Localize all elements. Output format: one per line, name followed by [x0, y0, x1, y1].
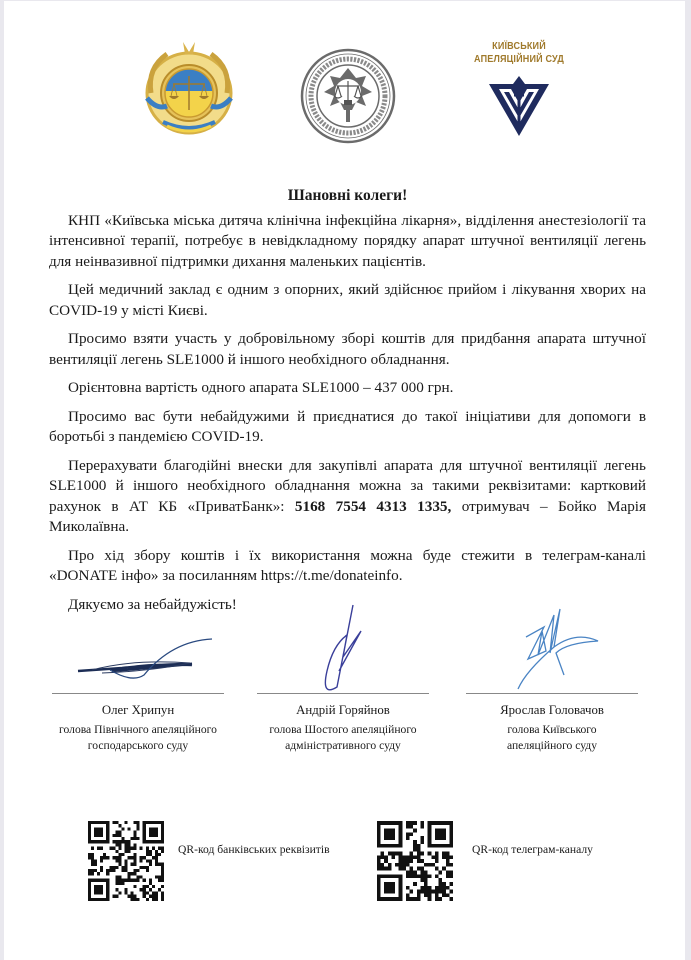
signature-2-icon [257, 601, 429, 693]
telegram-channel-qr-code[interactable] [377, 821, 453, 901]
signature-3-icon [466, 601, 638, 693]
triangle-sword-icon [487, 74, 551, 138]
letter-page: КИЇВСЬКИЙ АПЕЛЯЦІЙНИЙ СУД Шановні колеги… [4, 1, 685, 960]
paragraph-telegram: Про хід збору коштів і їх використання м… [49, 546, 646, 587]
signatory-role: голова Шостого апеляційного адміністрати… [257, 722, 429, 754]
sixth-administrative-court-seal-icon [300, 48, 396, 144]
northern-commercial-court-emblem-icon [137, 38, 241, 138]
header-logos: КИЇВСЬКИЙ АПЕЛЯЦІЙНИЙ СУД [4, 1, 685, 151]
paragraph-payment-details: Перерахувати благодійні внески для закуп… [49, 456, 646, 538]
signatory-name: Олег Хрипун [52, 702, 224, 718]
paragraph-request: Просимо взяти участь у добровільному збо… [49, 329, 646, 370]
paragraph-appeal: Просимо вас бути небайдужими й приєднати… [49, 407, 646, 448]
paragraph-cost: Орієнтовна вартість одного апарата SLE10… [49, 378, 646, 399]
letter-body: Шановні колеги! КНП «Київська міська дит… [49, 186, 646, 623]
kyiv-court-of-appeal-logo: КИЇВСЬКИЙ АПЕЛЯЦІЙНИЙ СУД [474, 40, 564, 140]
signatory-name: Ярослав Головачов [466, 702, 638, 718]
role-line-1: голова Київського [466, 722, 638, 738]
signatory-3: Ярослав Головачов голова Київського апел… [466, 601, 638, 754]
card-number: 5168 7554 4313 1335, [295, 498, 451, 515]
court-name-line1: КИЇВСЬКИЙ [472, 40, 567, 53]
signatory-2: Андрій Горяйнов голова Шостого апеляційн… [257, 601, 429, 754]
signatory-role: голова Північного апеляційного господарс… [52, 722, 224, 754]
greeting: Шановні колеги! [49, 186, 646, 207]
signature-line [257, 693, 429, 694]
bank-qr-label: QR-код банківських реквізитів [178, 843, 330, 856]
telegram-qr-label: QR-код телеграм-каналу [472, 843, 593, 856]
paragraph-hospital-role: Цей медичний заклад є одним з опорних, я… [49, 280, 646, 321]
court-name-line2: АПЕЛЯЦІЙНИЙ СУД [472, 53, 567, 66]
signatory-1: Олег Хрипун голова Північного апеляційно… [52, 601, 224, 754]
role-line-2: господарського суду [52, 738, 224, 754]
signature-line [466, 693, 638, 694]
signature-1-icon [52, 601, 224, 693]
role-line-2: адміністративного суду [257, 738, 429, 754]
bank-details-qr-code[interactable] [88, 821, 164, 901]
paragraph-hospital-need: КНП «Київська міська дитяча клінічна інф… [49, 211, 646, 273]
signatory-role: голова Київського апеляційного суду [466, 722, 638, 754]
role-line-2: апеляційного суду [466, 738, 638, 754]
signatory-name: Андрій Горяйнов [257, 702, 429, 718]
signature-line [52, 693, 224, 694]
role-line-1: голова Північного апеляційного [52, 722, 224, 738]
role-line-1: голова Шостого апеляційного [257, 722, 429, 738]
